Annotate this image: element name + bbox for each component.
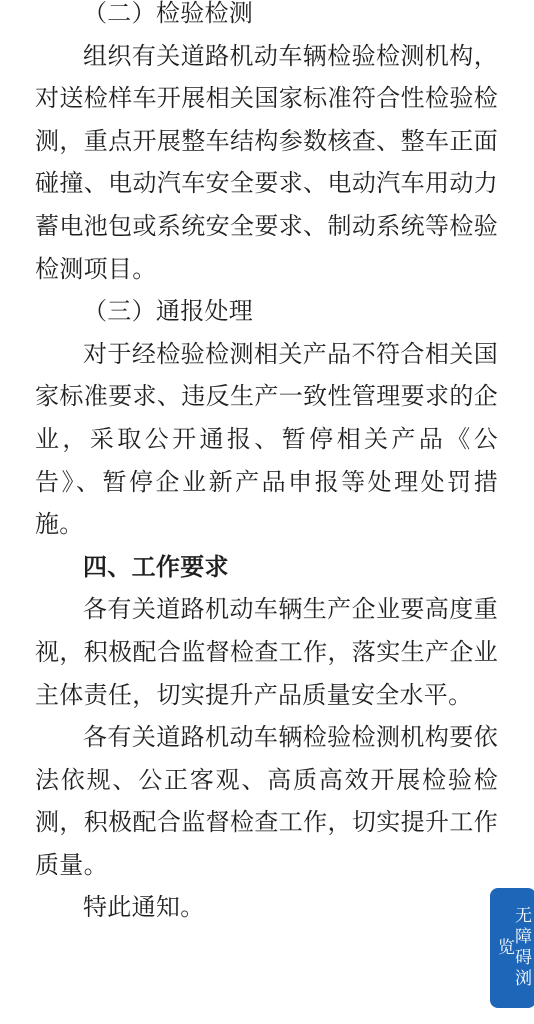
document-page: （二）检验检测 组织有关道路机动车辆检验检测机构，对送检样车开展相关国家标准符合… (0, 0, 534, 1024)
section-heading-3: （三）通报处理 (35, 291, 498, 334)
notice-text: （二）检验检测 组织有关道路机动车辆检验检测机构，对送检样车开展相关国家标准符合… (0, 0, 534, 930)
paragraph-hereby-notified: 特此通知。 (35, 887, 498, 930)
paragraph-enterprise-requirements: 各有关道路机动车辆生产企业要高度重视，积极配合监督检查工作，落实生产企业主体责任… (35, 589, 498, 717)
section-heading-4-work-requirements: 四、工作要求 (35, 547, 498, 590)
paragraph-inspection-testing: 组织有关道路机动车辆检验检测机构，对送检样车开展相关国家标准符合性检验检测，重点… (35, 36, 498, 292)
section-heading-2: （二）检验检测 (35, 0, 498, 36)
paragraph-agency-requirements: 各有关道路机动车辆检验检测机构要依法依规、公正客观、高质高效开展检验检测，积极配… (35, 717, 498, 887)
paragraph-report-handling: 对于经检验检测相关产品不符合相关国家标准要求、违反生产一致性管理要求的企业，采取… (35, 334, 498, 547)
accessibility-browse-button[interactable]: 无障碍浏览 (490, 888, 534, 1008)
